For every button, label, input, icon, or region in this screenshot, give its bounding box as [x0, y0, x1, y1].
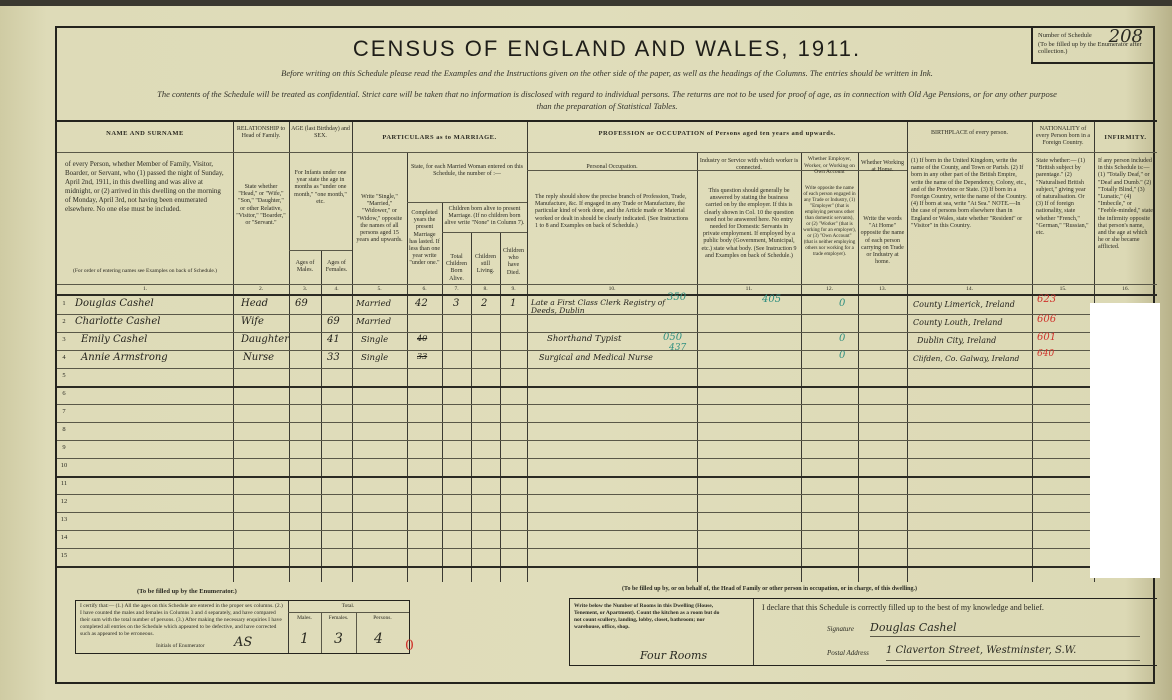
column-number: 13. — [858, 286, 907, 292]
persons-total: 4 — [374, 631, 383, 647]
header-industry: Industry or Service with which worker is… — [697, 156, 801, 174]
column-number: 2. — [233, 286, 289, 292]
signature: Douglas Cashel — [870, 621, 957, 634]
header-age-males: Ages of Males. — [289, 258, 321, 276]
row-number: 4 — [59, 354, 69, 361]
relationship: Wife — [241, 316, 264, 327]
years-married-struck: 33 — [417, 352, 427, 361]
schedule-frame: CENSUS OF ENGLAND AND WALES, 1911. Befor… — [55, 26, 1155, 684]
header-children-died: Children who have Died. — [500, 246, 527, 279]
row-number: 3 — [59, 336, 69, 343]
column-number: 7. — [442, 286, 471, 292]
header-children-living: Children still Living. — [471, 252, 500, 278]
postal-address: 1 Claverton Street, Westminster, S.W. — [886, 645, 1076, 656]
head-section-heading: (To be filled up by, or on behalf of, th… — [622, 586, 917, 592]
row-number: 5 — [59, 372, 69, 379]
total-label: Total. — [288, 603, 408, 610]
occupation: Surgical and Medical Nurse — [539, 353, 653, 362]
rooms-count: Four Rooms — [640, 649, 707, 662]
header-nationality-desc: State whether:— (1) "British subject by … — [1034, 156, 1092, 239]
age-female: 33 — [327, 352, 340, 363]
age-female: 69 — [327, 316, 340, 327]
age-male: 69 — [295, 298, 308, 309]
marital-status: Single — [361, 335, 388, 345]
person-name: Charlotte Cashel — [75, 316, 161, 327]
enumerator-certify: I certify that:— (1.) All the ages on th… — [80, 603, 285, 637]
column-number: 8. — [471, 286, 500, 292]
header-infirmity-desc: If any person included in this Schedule … — [1096, 156, 1155, 253]
birthplace-code: 601 — [1037, 332, 1056, 343]
header-at-home-desc: Write the words "At Home" opposite the n… — [858, 214, 907, 268]
children-died: 1 — [510, 298, 516, 309]
header-name-note: (For order of entering names see Example… — [57, 266, 233, 277]
males-total: 1 — [300, 631, 309, 647]
header-relationship: RELATIONSHIP to Head of Family. — [233, 124, 289, 142]
header-relationship-desc: State whether "Head," or "Wife," "Son," … — [233, 182, 289, 229]
row-number: 2 — [59, 318, 69, 325]
confidential-line: The contents of the Schedule will be tre… — [57, 89, 1157, 99]
industry-code: 405 — [762, 294, 781, 305]
row-number: 10 — [59, 462, 69, 469]
page-top-edge — [0, 0, 1172, 6]
persons-label: Persons. — [356, 615, 409, 622]
schedule-table: NAME AND SURNAME of every Person, whethe… — [57, 120, 1157, 582]
header-birthplace-desc: (1) If born in the United Kingdom, write… — [909, 156, 1030, 232]
column-number: 6. — [407, 286, 442, 292]
column-number: 1. — [57, 286, 233, 292]
declaration-text: I declare that this Schedule is correctl… — [762, 603, 1044, 612]
header-age-females: Ages of Females. — [321, 258, 352, 276]
years-married: 42 — [415, 298, 428, 309]
confidential-line-2: than the preparation of Statistical Tabl… — [57, 101, 1157, 111]
header-nationality: NATIONALITY of every Person born in a Fo… — [1032, 124, 1094, 150]
column-number: 14. — [907, 286, 1032, 292]
redacted-infirmity-column — [1090, 303, 1160, 578]
column-number: 5. — [352, 286, 407, 292]
birthplace: Clifden, Co. Galway, Ireland — [913, 354, 1019, 363]
header-profession: PROFESSION or OCCUPATION of Persons aged… — [527, 128, 907, 140]
birthplace: County Limerick, Ireland — [913, 300, 1015, 309]
marital-status: Married — [356, 299, 391, 309]
relationship: Nurse — [243, 352, 274, 363]
column-number: 11. — [697, 286, 801, 292]
row-number: 7 — [59, 408, 69, 415]
header-industry-desc: This question should generally be answer… — [699, 186, 799, 262]
header-name-desc: of every Person, whether Member of Famil… — [63, 158, 229, 217]
row-number: 15 — [59, 552, 69, 559]
children-living: 2 — [481, 298, 487, 309]
rooms-instruction: Write below the Number of Rooms in this … — [574, 603, 724, 631]
row-number: 11 — [59, 480, 69, 487]
instruction-line: Before writing on this Schedule please r… — [57, 68, 1157, 78]
column-number: 9. — [500, 286, 527, 292]
column-number: 16. — [1094, 286, 1157, 292]
header-children: Children born alive to present Marriage.… — [442, 204, 527, 230]
column-number: 15. — [1032, 286, 1094, 292]
schedule-number: 208 — [1109, 26, 1143, 47]
males-label: Males. — [288, 615, 321, 622]
header-birthplace: BIRTHPLACE of every person. — [907, 128, 1032, 139]
header-name: NAME AND SURNAME — [57, 128, 233, 140]
header-at-home: Whether Working at Home. — [858, 158, 907, 176]
head-section-box: Write below the Number of Rooms in this … — [569, 598, 1157, 666]
row-number: 8 — [59, 426, 69, 433]
header-age: AGE (last Birthday) and SEX. — [289, 124, 352, 142]
birthplace-code: 640 — [1037, 349, 1054, 359]
row-number: 13 — [59, 516, 69, 523]
row-number: 6 — [59, 390, 69, 397]
row-number: 14 — [59, 534, 69, 541]
relationship: Head — [241, 298, 268, 309]
employer-code: 0 — [839, 350, 845, 361]
red-check-mark: 0 — [405, 638, 414, 654]
header-marriage: PARTICULARS as to MARRIAGE. — [352, 132, 527, 144]
header-age-desc: For Infants under one year state the age… — [289, 168, 352, 208]
females-total: 3 — [334, 631, 343, 647]
header-infirmity: INFIRMITY. — [1094, 132, 1157, 144]
occupation-code: 350 — [667, 292, 686, 303]
females-label: Females. — [321, 615, 356, 622]
birthplace-code: 623 — [1037, 294, 1056, 305]
age-female: 41 — [327, 334, 340, 345]
enumerator-box: I certify that:— (1.) All the ages on th… — [75, 600, 410, 654]
signature-label: Signature — [827, 625, 854, 633]
header-marriage-status: Write "Single," "Married," "Widower," or… — [352, 192, 407, 246]
enumerator-heading: (To be filled up by the Enumerator.) — [137, 588, 237, 595]
header-personal-occupation: Personal Occupation. — [527, 162, 697, 173]
header-completed-years: Completed years the present Marriage has… — [407, 208, 442, 270]
header-children-total: Total Children Born Alive. — [442, 252, 471, 285]
birthplace: Dublin City, Ireland — [917, 336, 996, 345]
children-born: 3 — [453, 298, 459, 309]
occupation-code: 050 — [663, 332, 682, 343]
enumerator-initials: AS — [234, 635, 252, 650]
row-number: 1 — [59, 300, 69, 307]
header-employer-desc: Write opposite the name of each person e… — [801, 184, 858, 260]
marital-status: Single — [361, 353, 388, 363]
occupation: Shorthand Typist — [547, 334, 621, 344]
employer-code: 0 — [839, 298, 845, 309]
postal-address-label: Postal Address — [827, 649, 869, 657]
person-name: Annie Armstrong — [81, 352, 168, 363]
person-name: Douglas Cashel — [75, 298, 154, 309]
enumerator-initials-label: Initials of Enumerator — [156, 643, 205, 650]
row-number: 9 — [59, 444, 69, 451]
schedule-number-box: Number of Schedule 208 (To be filled up … — [1031, 28, 1153, 64]
birthplace: County Louth, Ireland — [913, 318, 1003, 327]
occupation-code: 437 — [669, 343, 686, 353]
column-number: 12. — [801, 286, 858, 292]
column-number: 3. — [289, 286, 321, 292]
occupation: Late a First Class Clerk Registry of Dee… — [531, 299, 681, 316]
years-married-struck: 40 — [417, 334, 427, 343]
employer-code: 0 — [839, 333, 845, 344]
birthplace-code: 606 — [1037, 314, 1056, 325]
marital-status: Married — [356, 317, 391, 327]
header-married-woman: State, for each Married Woman entered on… — [407, 162, 527, 180]
person-name: Emily Cashel — [81, 334, 147, 345]
relationship: Daughter — [241, 334, 289, 345]
header-personal-occupation-desc: The reply should show the precise branch… — [533, 192, 693, 232]
row-number: 12 — [59, 498, 69, 505]
census-schedule-page: CENSUS OF ENGLAND AND WALES, 1911. Befor… — [0, 0, 1172, 700]
header-employer: Whether Employer, Worker, or Working on … — [801, 154, 858, 178]
document-title: CENSUS OF ENGLAND AND WALES, 1911. — [57, 36, 1157, 62]
column-number: 4. — [321, 286, 352, 292]
